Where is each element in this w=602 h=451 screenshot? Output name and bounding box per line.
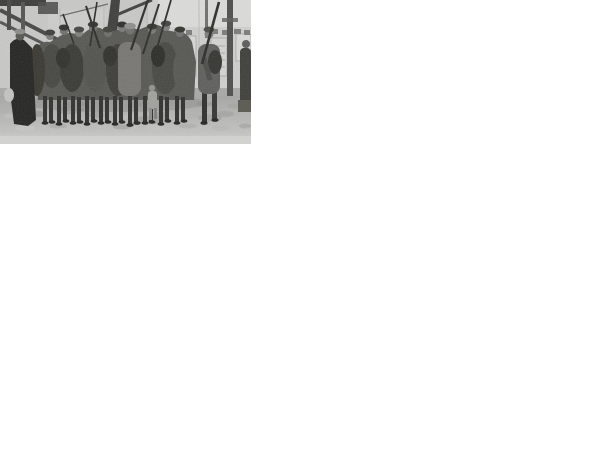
soldiers-marching-photo-svg [0,0,251,144]
film-grain-overlay [0,0,251,144]
page [0,0,602,451]
soldiers-marching-photo [0,0,251,144]
